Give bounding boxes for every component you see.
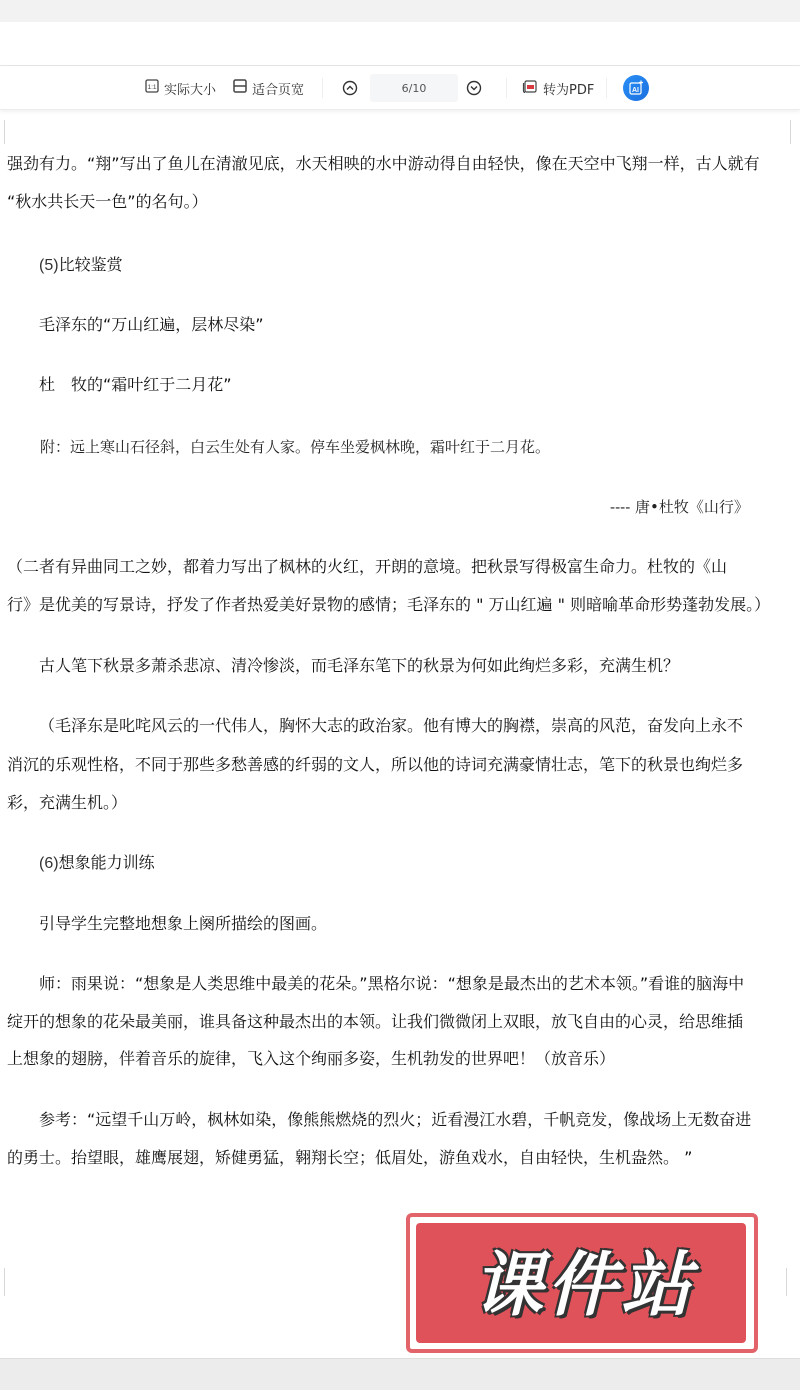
fit-width-icon [233,79,247,97]
ai-assistant-icon: AI [628,80,644,96]
svg-text:1:1: 1:1 [147,84,156,91]
section-title: 想象能力训练 [59,853,155,872]
ai-assistant-button[interactable]: AI [623,75,649,101]
section-number: (6) [39,855,59,872]
paragraph-line: 强劲有力。“翔”写出了鱼儿在清澈见底，水天相映的水中游动得自由轻快，像在天空中飞… [7,154,760,174]
convert-pdf-label: 转为PDF [543,79,594,98]
poem-line-du: 杜 牧的“霜叶红于二月花” [39,375,232,395]
poem-line-mao: 毛泽东的“万山红遍，层林尽染” [39,315,264,335]
watermark-stamp: 课件站 [400,1205,768,1355]
viewer-header [0,22,800,66]
paragraph-line: 引导学生完整地想象上阕所描绘的图画。 [39,914,327,934]
one-to-one-icon: 1:1 [145,79,159,97]
section-number: (5) [39,257,59,274]
paragraph-line: 消沉的乐观性格，不同于那些多愁善感的纤弱的文人，所以他的诗词充满豪情壮志，笔下的… [7,755,743,775]
fit-width-label: 适合页宽 [252,79,304,98]
chevron-down-circle-icon [464,78,484,98]
section-heading-5: (5)比较鉴赏 [39,255,123,276]
page-corner-mark [4,1268,5,1296]
paragraph-line: “秋水共长天一色”的名句。） [7,192,208,212]
fit-width-button[interactable]: 适合页宽 [233,66,304,110]
paragraph-line: 彩，充满生机。） [7,793,127,813]
bottom-status-bar [0,1358,800,1390]
actual-size-button[interactable]: 1:1 实际大小 [145,66,216,110]
toolbar-divider [606,78,607,98]
section-title: 比较鉴赏 [59,255,123,274]
paragraph-line: 的勇士。抬望眼，雄鹰展翅，矫健勇猛，翱翔长空；低眉处，游鱼戏水，自由轻快，生机盎… [7,1148,692,1168]
paragraph-line: （二者有异曲同工之妙，都着力写出了枫林的火红，开朗的意境。把秋景写得极富生命力。… [7,557,727,577]
page-corner-mark [790,120,791,144]
prev-page-button[interactable] [340,78,360,98]
paragraph-line: 参考：“远望千山万岭，枫林如染，像熊熊燃烧的烈火；近看漫江水碧，千帆竞发，像战场… [39,1110,751,1130]
chevron-up-circle-icon [340,78,360,98]
watermark-text: 课件站 [434,1229,734,1329]
question-line: 古人笔下秋景多萧杀悲凉、清冷惨淡，而毛泽东笔下的秋景为何如此绚烂多彩，充满生机？ [39,656,679,676]
paragraph-line: 绽开的想象的花朵最美丽，谁具备这种最杰出的本领。让我们微微闭上双眼，放飞自由的心… [7,1012,743,1032]
toolbar-divider [506,78,507,98]
poem-appendix: 附：远上寒山石径斜，白云生处有人家。停车坐爱枫林晚，霜叶红于二月花。 [40,437,550,457]
page-corner-mark [786,1268,787,1296]
poem-attribution: ---- 唐•杜牧《山行》 [610,497,749,517]
paragraph-line: 师：雨果说：“想象是人类思维中最美的花朵。”黑格尔说：“想象是最杰出的艺术本领。… [39,974,744,994]
convert-pdf-button[interactable]: 转为PDF [522,66,594,110]
paragraph-line: （毛泽东是叱咤风云的一代伟人，胸怀大志的政治家。他有博大的胸襟，崇高的风范，奋发… [39,716,743,736]
svg-text:AI: AI [632,87,639,94]
page-corner-mark [4,120,5,144]
window-top-strip [0,0,800,22]
paragraph-line: 行》是优美的写景诗，抒发了作者热爱美好景物的感情；毛泽东的 " 万山红遍 " 则… [7,595,770,615]
paragraph-line: 上想象的翅膀，伴着音乐的旋律，飞入这个绚丽多姿，生机勃发的世界吧！（放音乐） [7,1049,615,1069]
actual-size-label: 实际大小 [164,79,216,98]
section-heading-6: (6)想象能力训练 [39,853,155,874]
viewer-toolbar: 1:1 实际大小 适合页宽 6/10 转为PDF [0,66,800,110]
page-indicator-text: 6/10 [402,82,427,95]
next-page-button[interactable] [464,78,484,98]
page-indicator[interactable]: 6/10 [370,74,458,102]
pdf-convert-icon [522,78,538,98]
toolbar-divider [322,78,323,98]
